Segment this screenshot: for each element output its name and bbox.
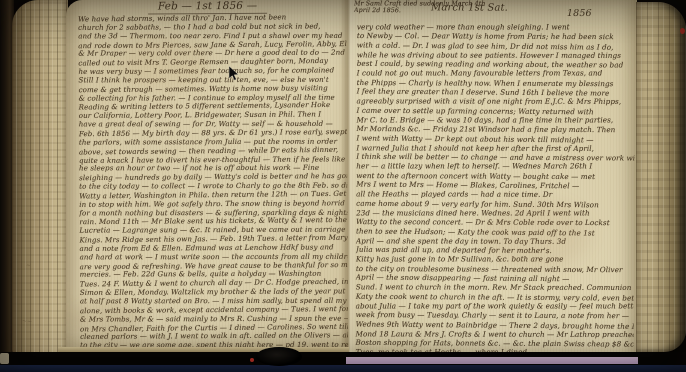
right-page-year: 1856 — [567, 8, 592, 19]
red-mark — [680, 28, 685, 34]
binding-navy-strip — [0, 365, 686, 372]
left-diary-page: Feb — 1st 1856 — We have had storms, win… — [66, 0, 349, 352]
left-page-handwriting: We have had storms, winds all thro' Jan.… — [78, 13, 348, 351]
binding-lavender-strip — [346, 357, 638, 364]
handwriting-line: in to stop with him. We got safely thro.… — [79, 199, 347, 209]
ink-smudge: ~ — [26, 262, 32, 269]
right-page-stack-edges — [636, 2, 686, 352]
right-page-handwriting: very cold weather — more than enough sle… — [355, 22, 634, 358]
red-mark — [250, 358, 254, 362]
book-gutter — [340, 0, 358, 358]
mouse-cursor-icon — [228, 66, 240, 82]
right-page-date-header: March 1st Sat. — [431, 2, 508, 13]
ink-smudge: ~~ — [22, 317, 33, 325]
right-diary-page: Mr Saml Craft died suddenly March 4thApr… — [349, 0, 637, 358]
corner-paper-sliver — [0, 353, 9, 364]
binding-knob — [256, 347, 302, 366]
left-page-stack-edges — [12, 0, 68, 354]
diary-photo: Feb — 1st 1856 — We have had storms, win… — [0, 0, 686, 372]
